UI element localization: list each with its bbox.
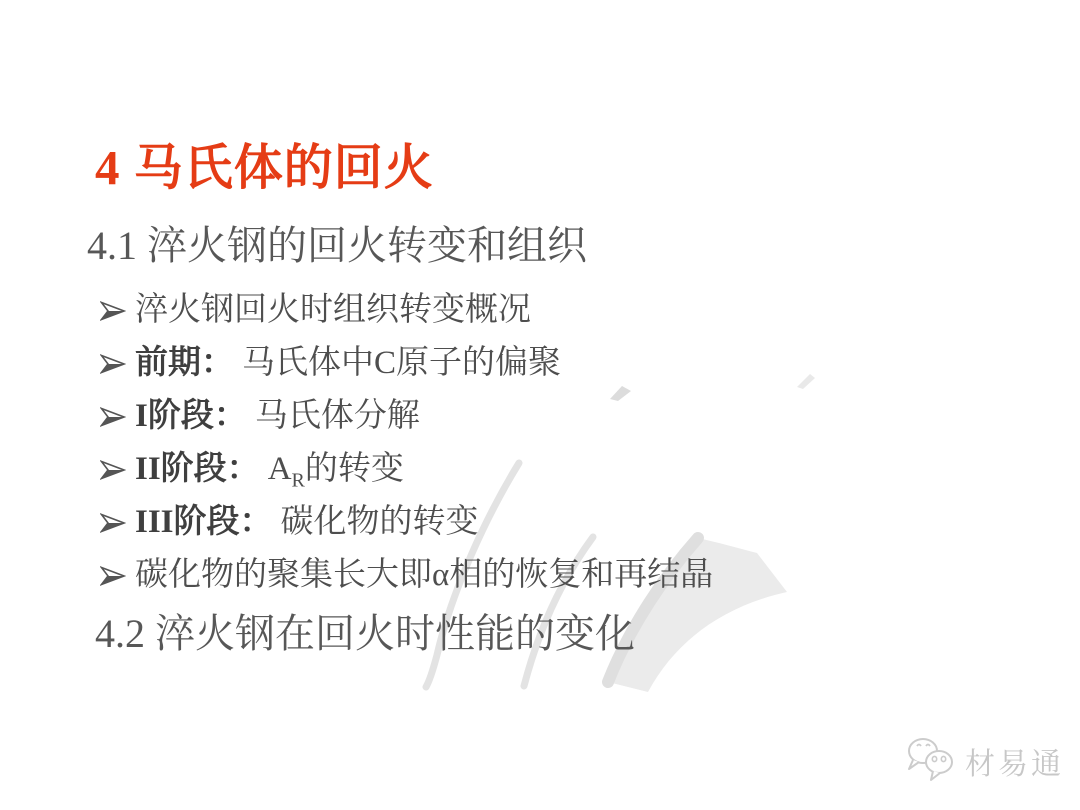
arrowhead-bullet-icon <box>100 406 126 428</box>
bullet-text: 马氏体中C原子的偏聚 <box>242 345 561 381</box>
brand-watermark: 材易通 <box>903 736 1064 786</box>
arrowhead-bullet-icon <box>100 353 126 375</box>
arrowhead-bullet-icon <box>100 459 126 481</box>
bullet-item-early-stage: 前期：马氏体中C原子的偏聚 <box>100 337 713 390</box>
bullet-list: 淬火钢回火时组织转变概况 前期：马氏体中C原子的偏聚 I阶段：马氏体分解 II阶… <box>100 284 713 602</box>
bullet-text: 马氏体分解 <box>255 398 420 434</box>
arrowhead-bullet-icon <box>100 512 126 534</box>
brand-name: 材易通 <box>965 739 1064 783</box>
presentation-slide: 4 马氏体的回火 4.1 淬火钢的回火转变和组织 淬火钢回火时组织转变概况 前期… <box>0 0 1080 810</box>
slide-title: 4 马氏体的回火 <box>95 136 434 200</box>
arrowhead-bullet-icon <box>100 565 126 587</box>
formula-base: A <box>268 451 292 487</box>
formula-subscript: R <box>292 470 305 492</box>
section-heading-4-1: 4.1 淬火钢的回火转变和组织 <box>87 220 587 272</box>
bullet-label: 前期： <box>135 345 234 381</box>
bullet-label: III阶段： <box>135 504 273 540</box>
wechat-bubbles-icon <box>903 736 959 786</box>
formula-rest: 的转变 <box>305 451 404 487</box>
section-heading-4-2: 4.2 淬火钢在回火时性能的变化 <box>95 608 635 660</box>
bullet-item-overview: 淬火钢回火时组织转变概况 <box>100 284 713 337</box>
bullet-text: 碳化物的转变 <box>281 504 479 540</box>
bullet-item-stage-3: III阶段：碳化物的转变 <box>100 496 713 549</box>
arrowhead-bullet-icon <box>100 300 126 322</box>
bullet-label: II阶段： <box>135 451 260 487</box>
bullet-label: I阶段： <box>135 398 247 434</box>
bullet-item-carbide-coarsening: 碳化物的聚集长大即α相的恢复和再结晶 <box>100 549 713 602</box>
bullet-item-stage-2: II阶段：AR的转变 <box>100 443 713 496</box>
bullet-item-stage-1: I阶段：马氏体分解 <box>100 390 713 443</box>
bullet-text: 淬火钢回火时组织转变概况 <box>135 292 531 328</box>
bullet-text: 碳化物的聚集长大即α相的恢复和再结晶 <box>135 557 713 593</box>
